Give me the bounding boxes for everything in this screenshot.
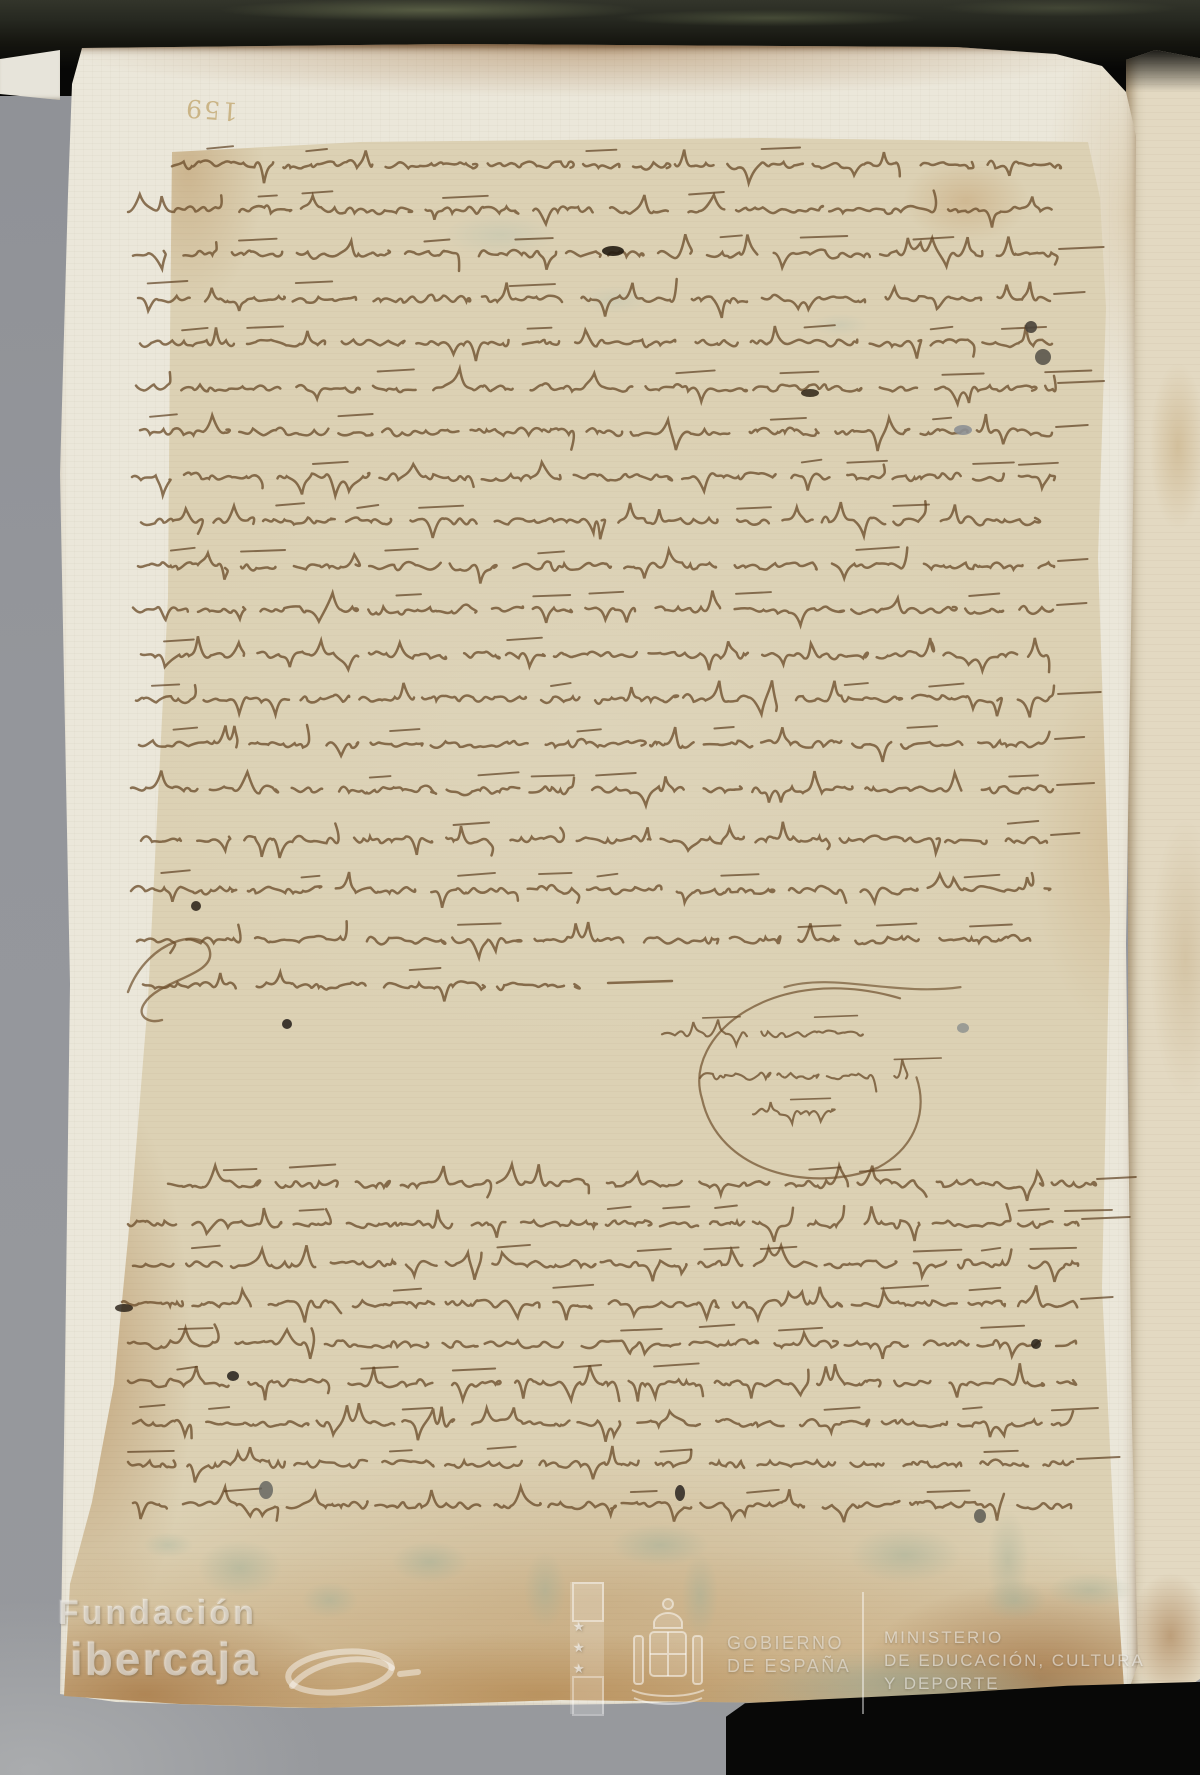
watermark-ministerio-text: MINISTERIO DE EDUCACIÓN, CULTURA Y DEPOR…	[884, 1626, 1145, 1695]
ink-blot	[227, 1371, 239, 1381]
ink-blot	[1035, 349, 1051, 365]
ink-blot	[675, 1485, 685, 1501]
watermark-divider	[862, 1592, 864, 1714]
ink-blot	[801, 389, 819, 397]
ink-blot	[1025, 321, 1037, 333]
watermark-gobierno-text: GOBIERNO DE ESPAÑA	[727, 1632, 851, 1678]
eu-stars-icon: ★★★	[573, 1620, 593, 1675]
ink-blot	[602, 246, 624, 256]
spain-coat-of-arms-icon	[620, 1594, 716, 1710]
watermark-fundacion-text: Fundación	[58, 1594, 257, 1633]
watermark-gobierno-espana: ★★★ GOBIERNO DE ESPAÑA MINISTERIO DE EDU…	[570, 1580, 1200, 1720]
manuscript-photo: 159 Fundación ibercaja ★★★	[0, 0, 1200, 1775]
handwriting-layer	[0, 0, 1200, 1775]
ink-blot	[957, 1023, 969, 1033]
eu-flag-bar-bottom	[572, 1676, 604, 1716]
ink-blot	[282, 1019, 292, 1029]
watermark-fundacion-ibercaja: Fundación ibercaja	[56, 1594, 476, 1714]
ink-blot	[974, 1509, 986, 1523]
ibercaja-logo-icon	[274, 1634, 424, 1706]
eu-flag-bar-top	[572, 1582, 604, 1622]
watermark-ibercaja-text: ibercaja	[70, 1632, 260, 1686]
ink-blot	[954, 425, 972, 435]
ink-blot	[259, 1481, 273, 1499]
ink-blot	[115, 1304, 133, 1312]
ink-blot	[1031, 1339, 1041, 1349]
ink-blot	[191, 901, 201, 911]
